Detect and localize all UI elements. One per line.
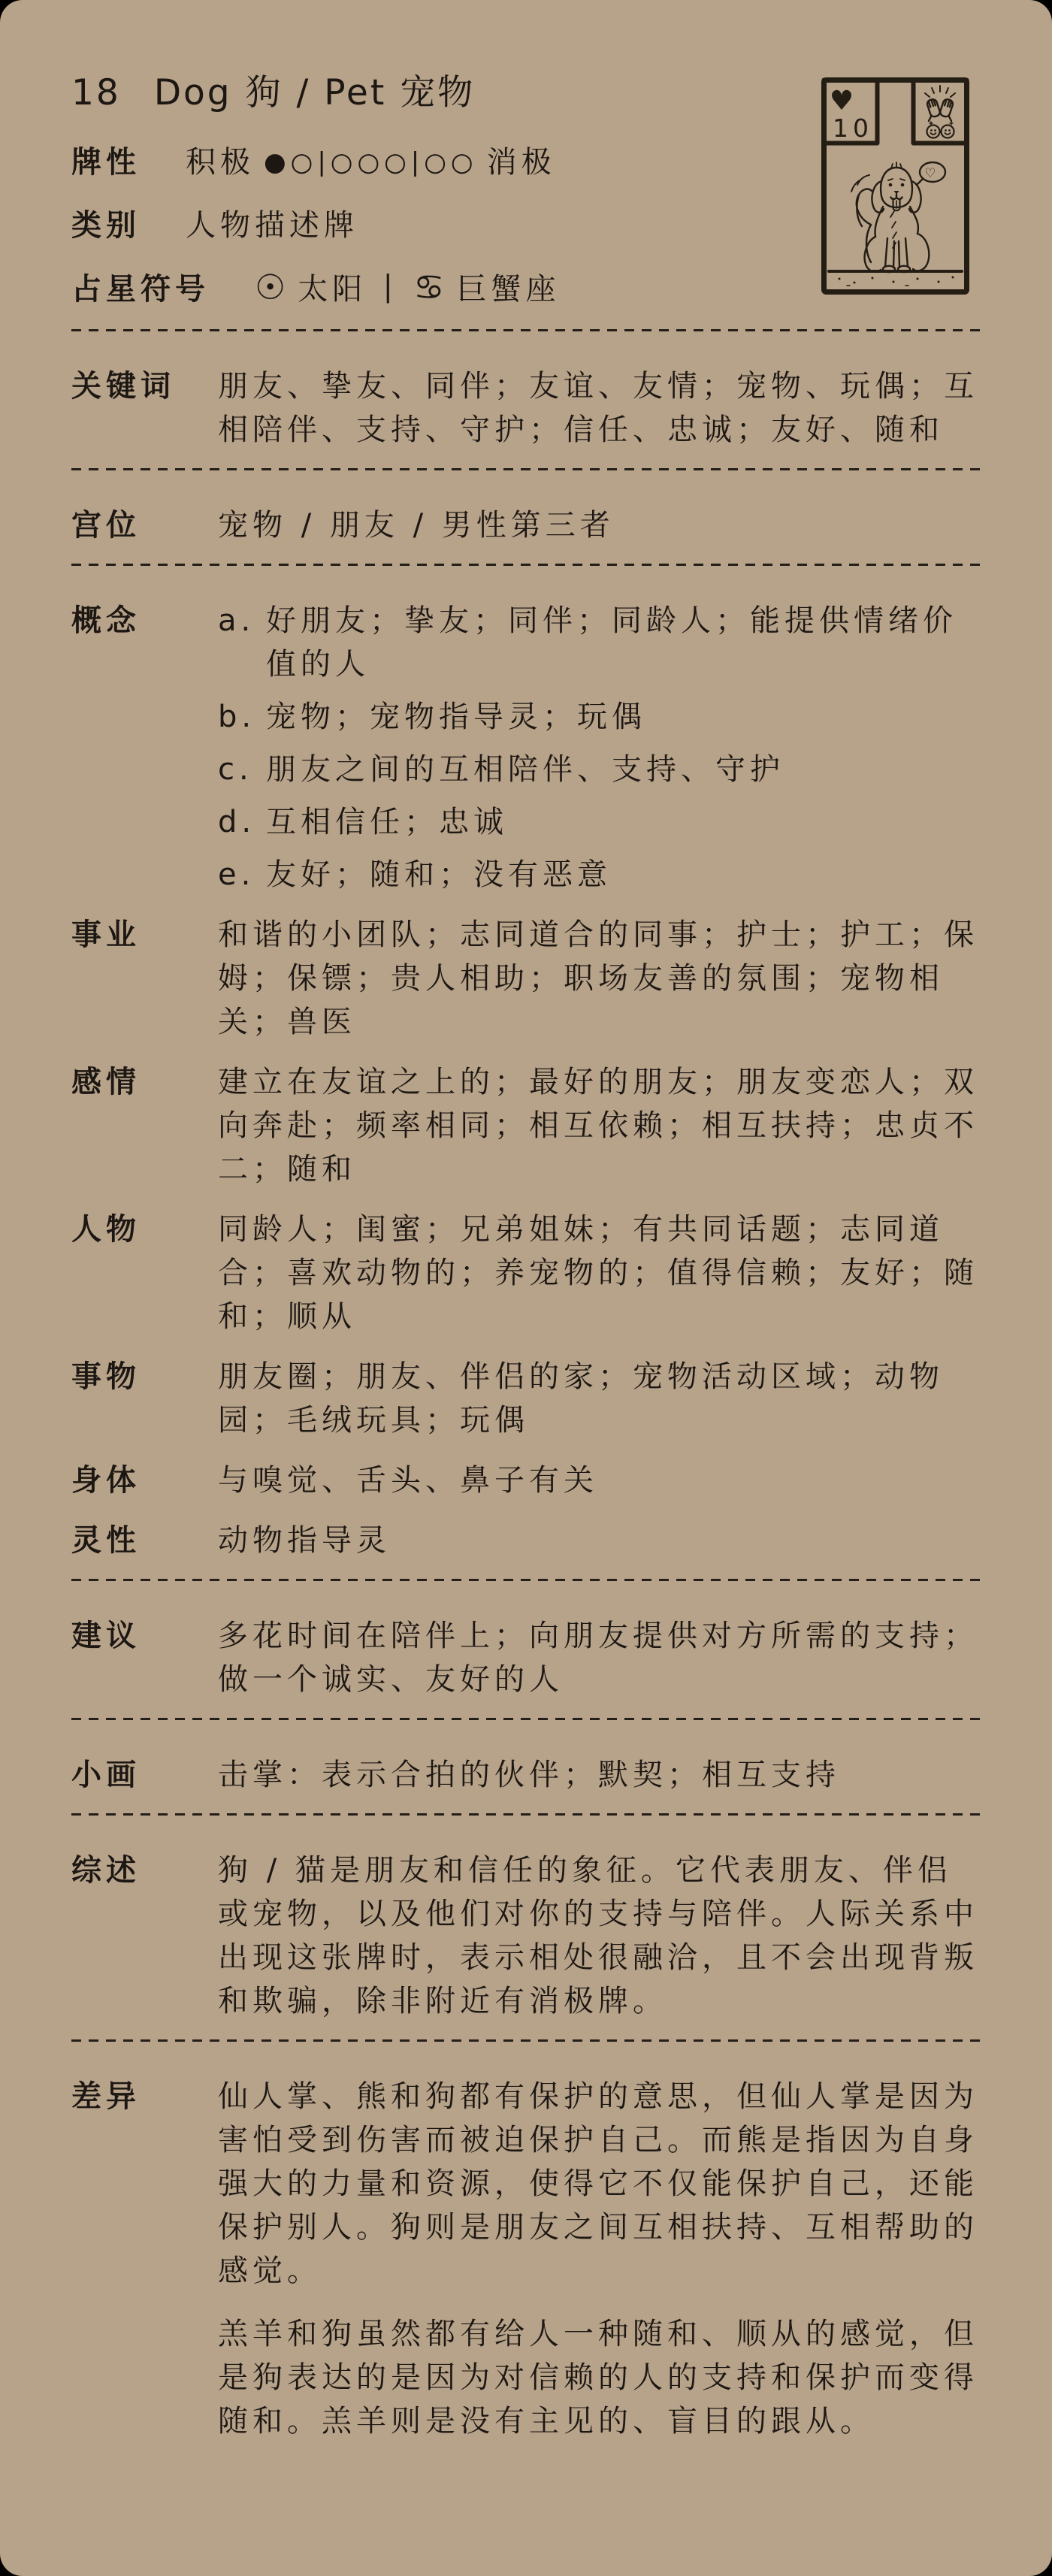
section-house: 宫位 宠物 / 朋友 / 男性第三者 (71, 503, 981, 547)
zodiac-label: 巨蟹座 (457, 272, 561, 307)
dashed-divider (71, 2039, 981, 2042)
section-value: 同龄人；闺蜜；兄弟姐妹；有共同话题；志同道合；喜欢动物的；养宠物的；值得信赖；友… (218, 1208, 981, 1338)
card-title: Dog 狗 / Pet 宠物 (154, 72, 475, 113)
dashed-divider (71, 329, 981, 331)
difference-paragraph: 羔羊和狗虽然都有给人一种随和、顺从的感觉，但是狗表达的是因为对信赖的人的支持和保… (218, 2312, 981, 2443)
dog-illustration (851, 162, 929, 272)
section-label: 人物 (71, 1208, 218, 1338)
dashed-divider (71, 1579, 981, 1581)
dashed-divider (71, 1718, 981, 1720)
polarity-value: 积极●○|○○○|○○消极 (186, 141, 556, 186)
polarity-scale-icon: ●○|○○○|○○ (264, 147, 478, 177)
section-things: 事物 朋友圈；朋友、伴侣的家；宠物活动区域；动物园；毛绒玩具；玩偶 (71, 1355, 981, 1442)
section-value: 朋友、挚友、同伴；友谊、友情；宠物、玩偶；互相陪伴、支持、守护；信任、忠诚；友好… (218, 364, 981, 452)
ground-line (829, 271, 962, 286)
section-summary: 综述 狗 / 猫是朋友和信任的象征。它代表朋友、伴侣或宠物，以及他们对你的支持与… (71, 1849, 981, 2023)
section-label: 身体 (71, 1459, 218, 1502)
section-label: 感情 (71, 1060, 218, 1191)
section-label: 关键词 (71, 364, 218, 452)
category-label: 类别 (71, 204, 141, 247)
astrology-label: 占星符号 (71, 268, 210, 311)
section-value: 建立在友谊之上的；最好的朋友；朋友变恋人；双向奔赴；频率相同；相互依赖；相互扶持… (218, 1060, 981, 1191)
section-body: 身体 与嗅觉、舌头、鼻子有关 (71, 1459, 981, 1502)
section-concepts: 概念 a. 好朋友；挚友；同伴；同龄人；能提供情绪价值的人 b. 宠物；宠物指导… (71, 599, 981, 896)
section-label: 概念 (71, 599, 218, 896)
category-value: 人物描述牌 (186, 204, 358, 247)
polarity-label: 牌性 (71, 141, 141, 184)
sun-label: 太阳 (298, 272, 367, 307)
concept-item: b. 宠物；宠物指导灵；玩偶 (218, 695, 981, 739)
lenormand-card-illustration: ♥ 10 (821, 77, 969, 295)
concept-list: a. 好朋友；挚友；同伴；同龄人；能提供情绪价值的人 b. 宠物；宠物指导灵；玩… (218, 599, 981, 896)
section-label: 建议 (71, 1614, 218, 1701)
section-vignette: 小画 击掌：表示合拍的伙伴；默契；相互支持 (71, 1753, 981, 1797)
section-value: 朋友圈；朋友、伴侣的家；宠物活动区域；动物园；毛绒玩具；玩偶 (218, 1355, 981, 1442)
section-people: 人物 同龄人；闺蜜；兄弟姐妹；有共同话题；志同道合；喜欢动物的；养宠物的；值得信… (71, 1208, 981, 1338)
card-number: 18 (71, 72, 121, 113)
concept-marker: b. (218, 695, 266, 739)
difference-paragraph: 仙人掌、熊和狗都有保护的意思，但仙人掌是因为害怕受到伤害而被迫保护自己。而熊是指… (218, 2075, 981, 2293)
section-value: 与嗅觉、舌头、鼻子有关 (218, 1459, 981, 1502)
section-value: 多花时间在陪伴上；向朋友提供对方所需的支持；做一个诚实、友好的人 (218, 1614, 981, 1701)
concept-item: a. 好朋友；挚友；同伴；同龄人；能提供情绪价值的人 (218, 599, 981, 686)
card-reference-page: 18Dog 狗 / Pet 宠物 牌性 积极●○|○○○|○○消极 类别 人物描… (0, 0, 1052, 2576)
sun-icon: ☉ (255, 267, 290, 307)
section-value: 击掌：表示合拍的伙伴；默契；相互支持 (218, 1753, 981, 1797)
polarity-negative-label: 消极 (487, 145, 556, 180)
section-label: 差异 (71, 2075, 218, 2443)
svg-text:♡: ♡ (924, 166, 940, 181)
section-love: 感情 建立在友谊之上的；最好的朋友；朋友变恋人；双向奔赴；频率相同；相互依赖；相… (71, 1060, 981, 1191)
section-label: 宫位 (71, 503, 218, 547)
cancer-zodiac-icon: ♋ (413, 267, 449, 307)
concept-item: d. 互相信任；忠诚 (218, 800, 981, 844)
section-advice: 建议 多花时间在陪伴上；向朋友提供对方所需的支持；做一个诚实、友好的人 (71, 1614, 981, 1701)
card-value-10: 10 (833, 113, 873, 143)
concept-marker: e. (218, 853, 266, 896)
section-label: 综述 (71, 1849, 218, 2023)
clapping-hands (927, 98, 954, 121)
dashed-divider (71, 1813, 981, 1816)
concept-item: e. 友好；随和；没有恶意 (218, 853, 981, 896)
section-keywords: 关键词 朋友、挚友、同伴；友谊、友情；宠物、玩偶；互相陪伴、支持、守护；信任、忠… (71, 364, 981, 452)
concept-marker: a. (218, 599, 266, 686)
concept-item: c. 朋友之间的互相陪伴、支持、守护 (218, 748, 981, 791)
dashed-divider (71, 468, 981, 470)
section-value: 动物指导灵 (218, 1519, 981, 1562)
concept-marker: d. (218, 800, 266, 844)
section-spirit: 灵性 动物指导灵 (71, 1519, 981, 1562)
concept-marker: c. (218, 748, 266, 791)
section-label: 小画 (71, 1753, 218, 1797)
speech-bubble-heart-icon: ♡ (917, 162, 945, 185)
polarity-positive-label: 积极 (186, 145, 255, 180)
heart-suit-icon: ♥ (830, 86, 858, 116)
spark-lines (925, 86, 955, 97)
section-label: 事物 (71, 1355, 218, 1442)
high-five-icon (914, 80, 967, 144)
smiley-faces (927, 122, 954, 138)
dashed-divider (71, 564, 981, 566)
astrology-value: ☉太阳∣♋巨蟹座 (255, 265, 561, 311)
section-differences: 差异 仙人掌、熊和狗都有保护的意思，但仙人掌是因为害怕受到伤害而被迫保护自己。而… (71, 2075, 981, 2443)
section-value: 仙人掌、熊和狗都有保护的意思，但仙人掌是因为害怕受到伤害而被迫保护自己。而熊是指… (218, 2075, 981, 2443)
suit-box: ♥ 10 (824, 80, 878, 144)
section-value: 和谐的小团队；志同道合的同事；护士；护工；保姆；保镖；贵人相助；职场友善的氛围；… (218, 913, 981, 1044)
section-career: 事业 和谐的小团队；志同道合的同事；护士；护工；保姆；保镖；贵人相助；职场友善的… (71, 913, 981, 1044)
section-label: 事业 (71, 913, 218, 1044)
separator-bar: ∣ (380, 270, 400, 304)
section-value: 宠物 / 朋友 / 男性第三者 (218, 503, 981, 547)
section-label: 灵性 (71, 1519, 218, 1562)
section-value: 狗 / 猫是朋友和信任的象征。它代表朋友、伴侣或宠物，以及他们对你的支持与陪伴。… (218, 1849, 981, 2023)
